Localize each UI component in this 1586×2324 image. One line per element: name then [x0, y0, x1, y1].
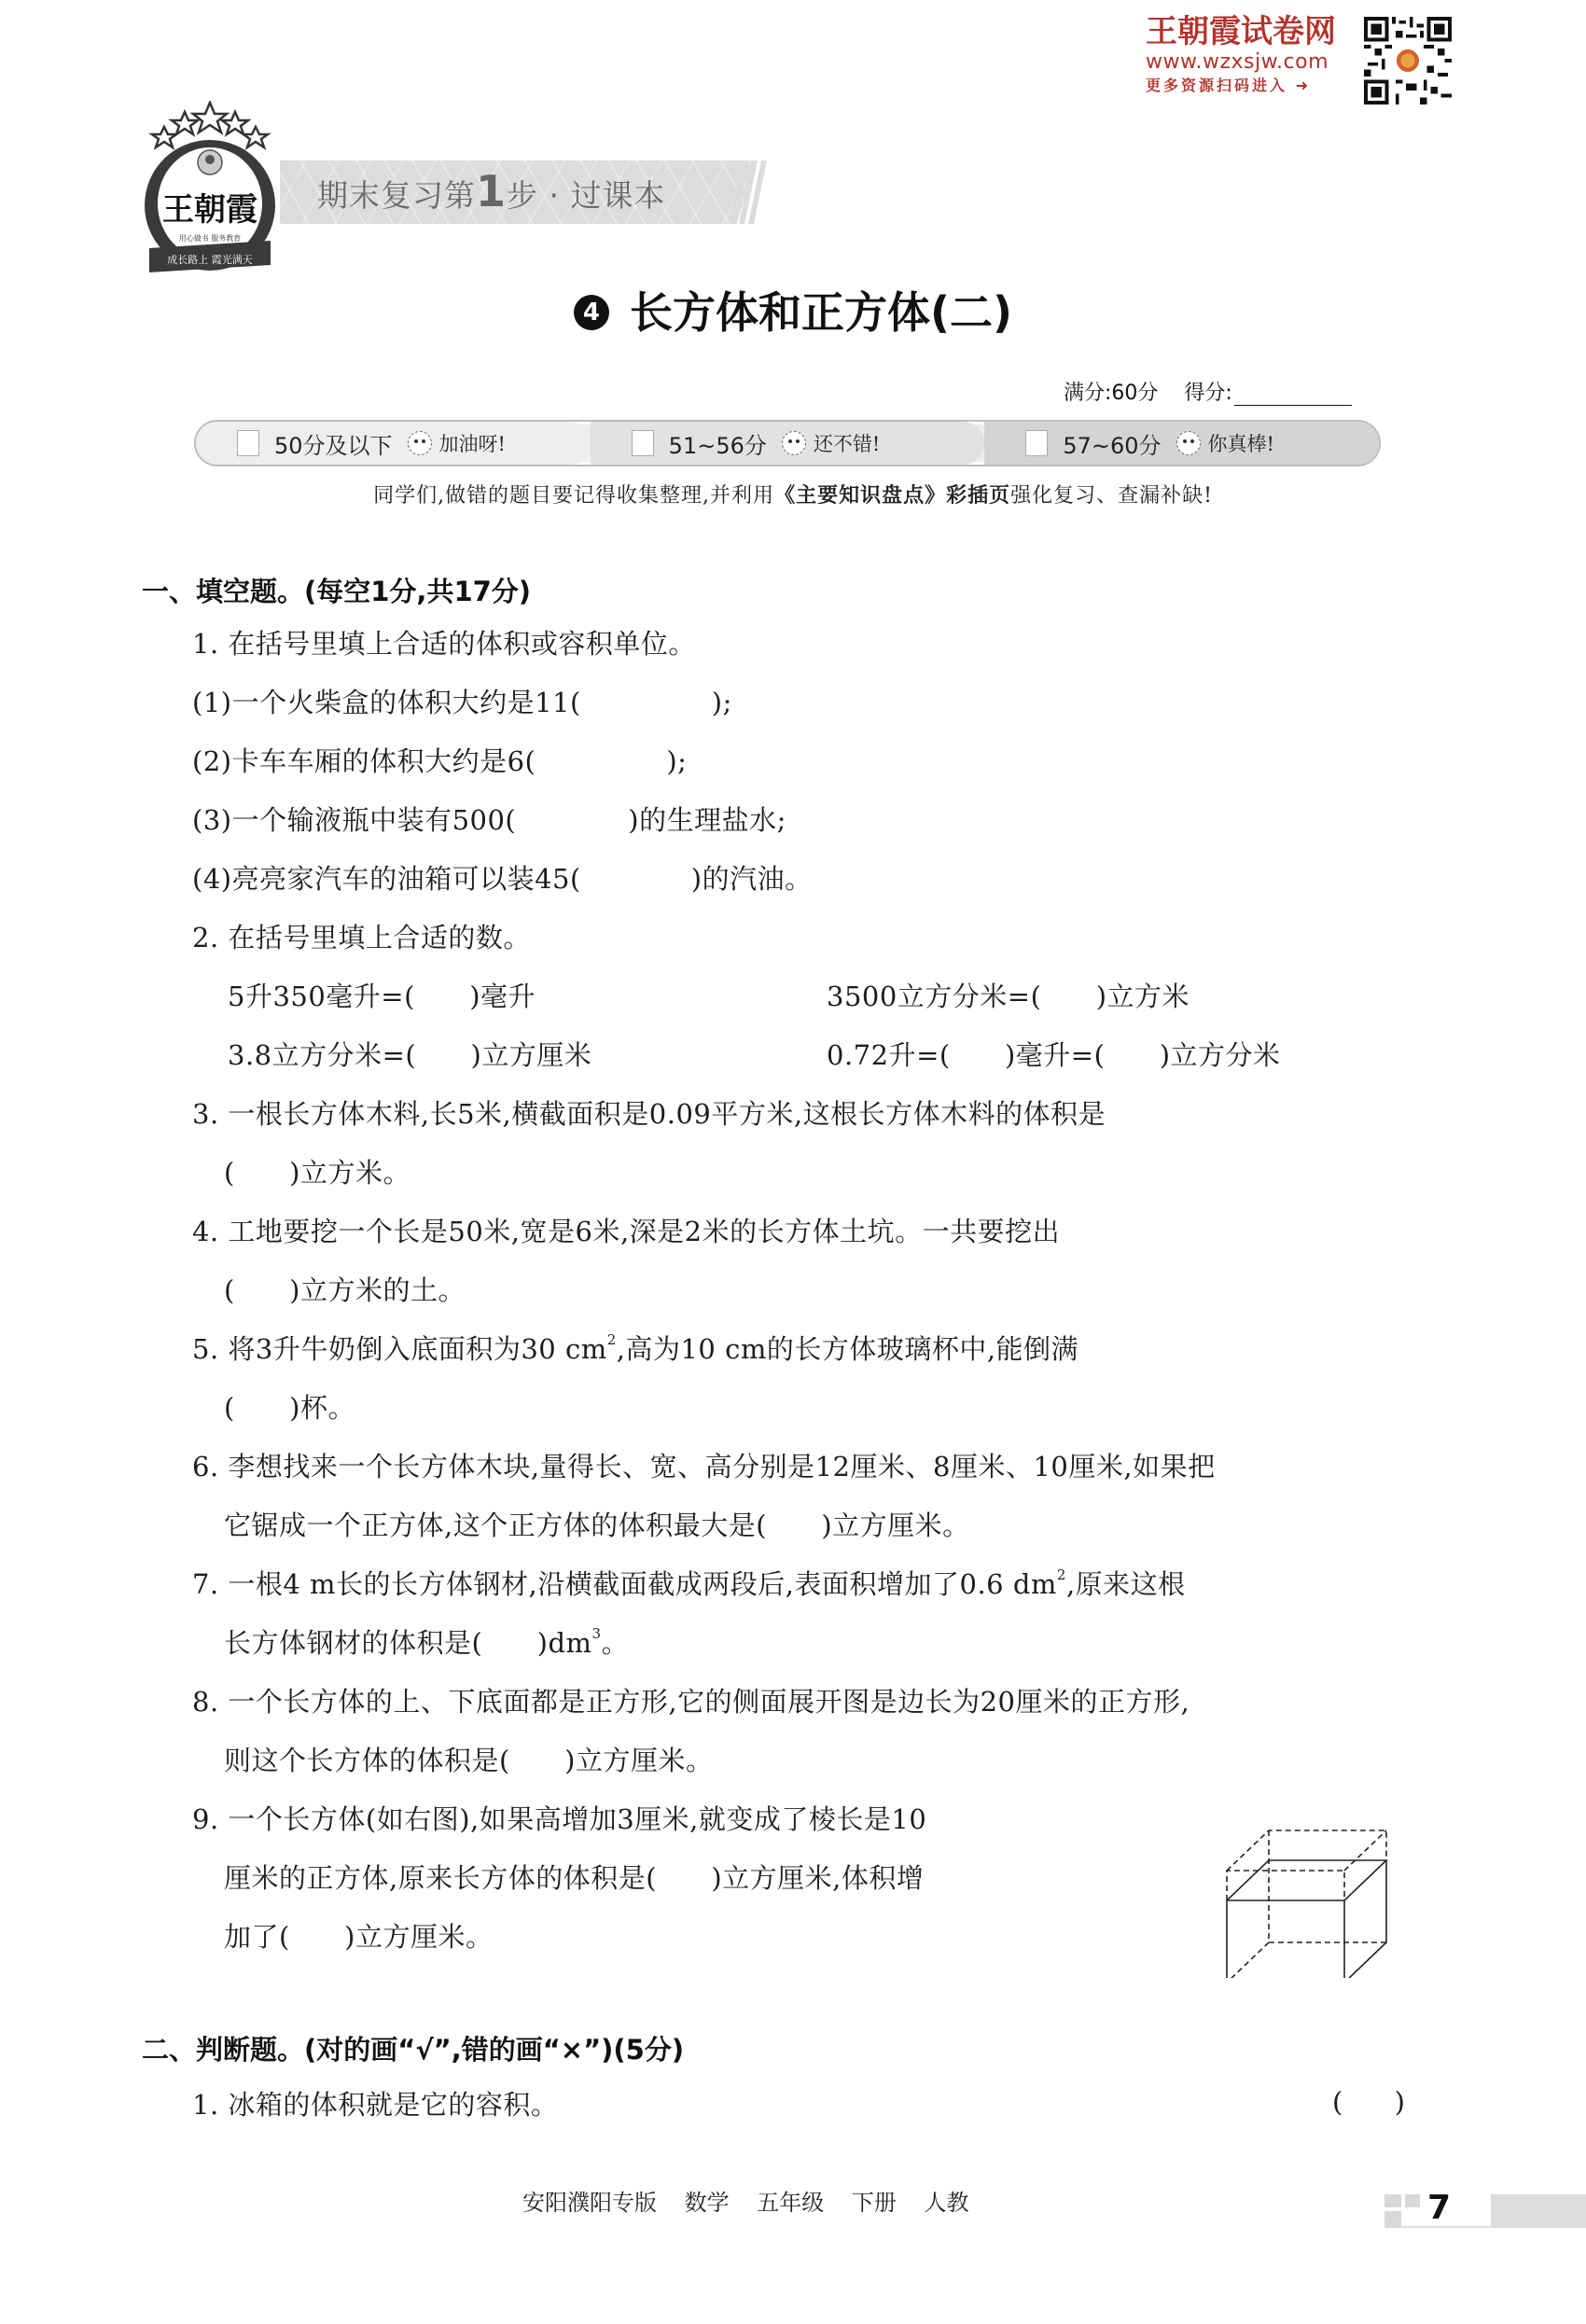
grade-option-mid: 51~56分 还不错!	[591, 422, 985, 465]
question-2-stem: 2. 在括号里填上合适的数。	[192, 919, 531, 956]
chapter-number-badge: 4	[574, 295, 609, 330]
score-line: 满分:60分 得分:	[1064, 377, 1352, 406]
banner-title: 期末复习第1步 · 过课本	[317, 168, 666, 219]
question-2-item-3: 3.8立方分米=( )立方厘米	[228, 1037, 591, 1074]
full-score-label: 满分:60分	[1064, 382, 1158, 405]
question-9-line-3: 加了( )立方厘米。	[224, 1918, 493, 1955]
question-1-item-1: (1)一个火柴盒的体积大约是11();	[192, 684, 732, 721]
brand-url[interactable]: www.wzxsjw.com	[1146, 50, 1360, 75]
judge-question-1: 1. 冰箱的体积就是它的容积。	[192, 2086, 558, 2123]
question-7-line-2: 长方体钢材的体积是( )dm3。	[224, 1624, 629, 1662]
page-number: 7	[1427, 2189, 1451, 2227]
footer-edition-info: 安阳濮阳专版 数学 五年级 下册 人教	[522, 2184, 969, 2217]
page-title: 4 长方体和正方体(二)	[0, 280, 1586, 345]
question-1-item-2: (2)卡车车厢的体积大约是6();	[192, 743, 687, 780]
question-6-line-1: 6. 李想找来一个长方体木块,量得长、宽、高分别是12厘米、8厘米、10厘米,如…	[192, 1448, 1216, 1485]
question-2-item-1: 5升350毫升=( )毫升	[228, 978, 536, 1015]
page-decoration	[1405, 2194, 1420, 2207]
instruction-note: 同学们,做错的题目要记得收集整理,并利用《主要知识盘点》彩插页强化复习、查漏补缺…	[0, 480, 1586, 508]
question-5-line-1: 5. 将3升牛奶倒入底面积为30 cm2,高为10 cm的长方体玻璃杯中,能倒满	[192, 1330, 1078, 1368]
brand-more-text: 更多资源扫码进入 ➜	[1146, 75, 1360, 97]
face-icon	[1176, 431, 1201, 455]
publisher-logo: 王朝霞 用心做书 服务教育 成长路上 霞光满天	[140, 101, 280, 274]
question-3-line-1: 3. 一根长方体木料,长5米,横截面积是0.09平方米,这根长方体木料的体积是	[192, 1095, 1106, 1133]
grade-option-high: 57~60分 你真棒!	[984, 422, 1379, 465]
question-9-line-2: 厘米的正方体,原来长方体的体积是( )立方厘米,体积增	[224, 1859, 924, 1897]
score-label: 得分:	[1184, 382, 1231, 405]
question-2-item-2: 3500立方分米=( )立方米	[827, 978, 1189, 1015]
question-2-item-4: 0.72升=( )毫升=( )立方分米	[827, 1037, 1281, 1074]
grade-checkbox[interactable]	[237, 430, 259, 456]
cuboid-diagram-icon	[1213, 1810, 1427, 1978]
arrow-right-icon: ➜	[1296, 77, 1311, 94]
grade-option-low: 50分及以下 加油呀!	[196, 422, 591, 465]
brand-block: 王朝霞试卷网 www.wzxsjw.com 更多资源扫码进入 ➜	[1146, 13, 1360, 97]
question-5-line-2: ( )杯。	[224, 1389, 355, 1426]
page-decoration	[1384, 2211, 1401, 2228]
grade-checkbox[interactable]	[1025, 430, 1048, 456]
svg-text:王朝霞: 王朝霞	[162, 191, 257, 229]
brand-title: 王朝霞试卷网	[1146, 13, 1360, 50]
question-8-line-1: 8. 一个长方体的上、下底面都是正方形,它的侧面展开图是边长为20厘米的正方形,	[192, 1683, 1189, 1720]
question-4-line-1: 4. 工地要挖一个长是50米,宽是6米,深是2米的长方体土坑。一共要挖出	[192, 1213, 1060, 1250]
question-8-line-2: 则这个长方体的体积是( )立方厘米。	[224, 1742, 713, 1779]
section-heading-true-false: 二、判断题。(对的画“√”,错的画“×”)(5分)	[142, 2029, 684, 2067]
page-decoration	[1384, 2194, 1401, 2207]
question-6-line-2: 它锯成一个正方体,这个正方体的体积最大是( )立方厘米。	[224, 1507, 970, 1544]
svg-text:用心做书 服务教育: 用心做书 服务教育	[179, 233, 242, 243]
question-7-line-1: 7. 一根4 m长的长方体钢材,沿横截面截成两段后,表面积增加了0.6 dm2,…	[192, 1566, 1186, 1603]
face-icon	[408, 431, 432, 455]
question-4-line-2: ( )立方米的土。	[224, 1272, 466, 1309]
page-decoration	[1491, 2194, 1586, 2228]
question-9-line-1: 9. 一个长方体(如右图),如果高增加3厘米,就变成了棱长是10	[192, 1801, 926, 1838]
question-1-stem: 1. 在括号里填上合适的体积或容积单位。	[192, 625, 696, 662]
svg-text:成长路上 霞光满天: 成长路上 霞光满天	[167, 253, 253, 266]
banner-stripes-decoration	[730, 160, 767, 224]
score-input[interactable]	[1234, 385, 1352, 406]
chapter-title: 长方体和正方体(二)	[630, 280, 1012, 345]
question-1-item-3: (3)一个输液瓶中装有500()的生理盐水;	[192, 801, 786, 839]
section-heading-fill-blank: 一、填空题。(每空1分,共17分)	[142, 571, 531, 609]
grade-bar: 50分及以下 加油呀! 51~56分 还不错! 57~60分 你真棒!	[194, 420, 1381, 466]
qr-code-icon[interactable]	[1364, 17, 1452, 104]
question-3-line-2: ( )立方米。	[224, 1154, 410, 1191]
judge-answer-blank[interactable]: ( )	[1332, 2086, 1405, 2118]
question-1-item-4: (4)亮亮家汽车的油箱可以装45()的汽油。	[192, 860, 813, 898]
grade-checkbox[interactable]	[632, 430, 654, 456]
face-icon	[782, 431, 806, 455]
